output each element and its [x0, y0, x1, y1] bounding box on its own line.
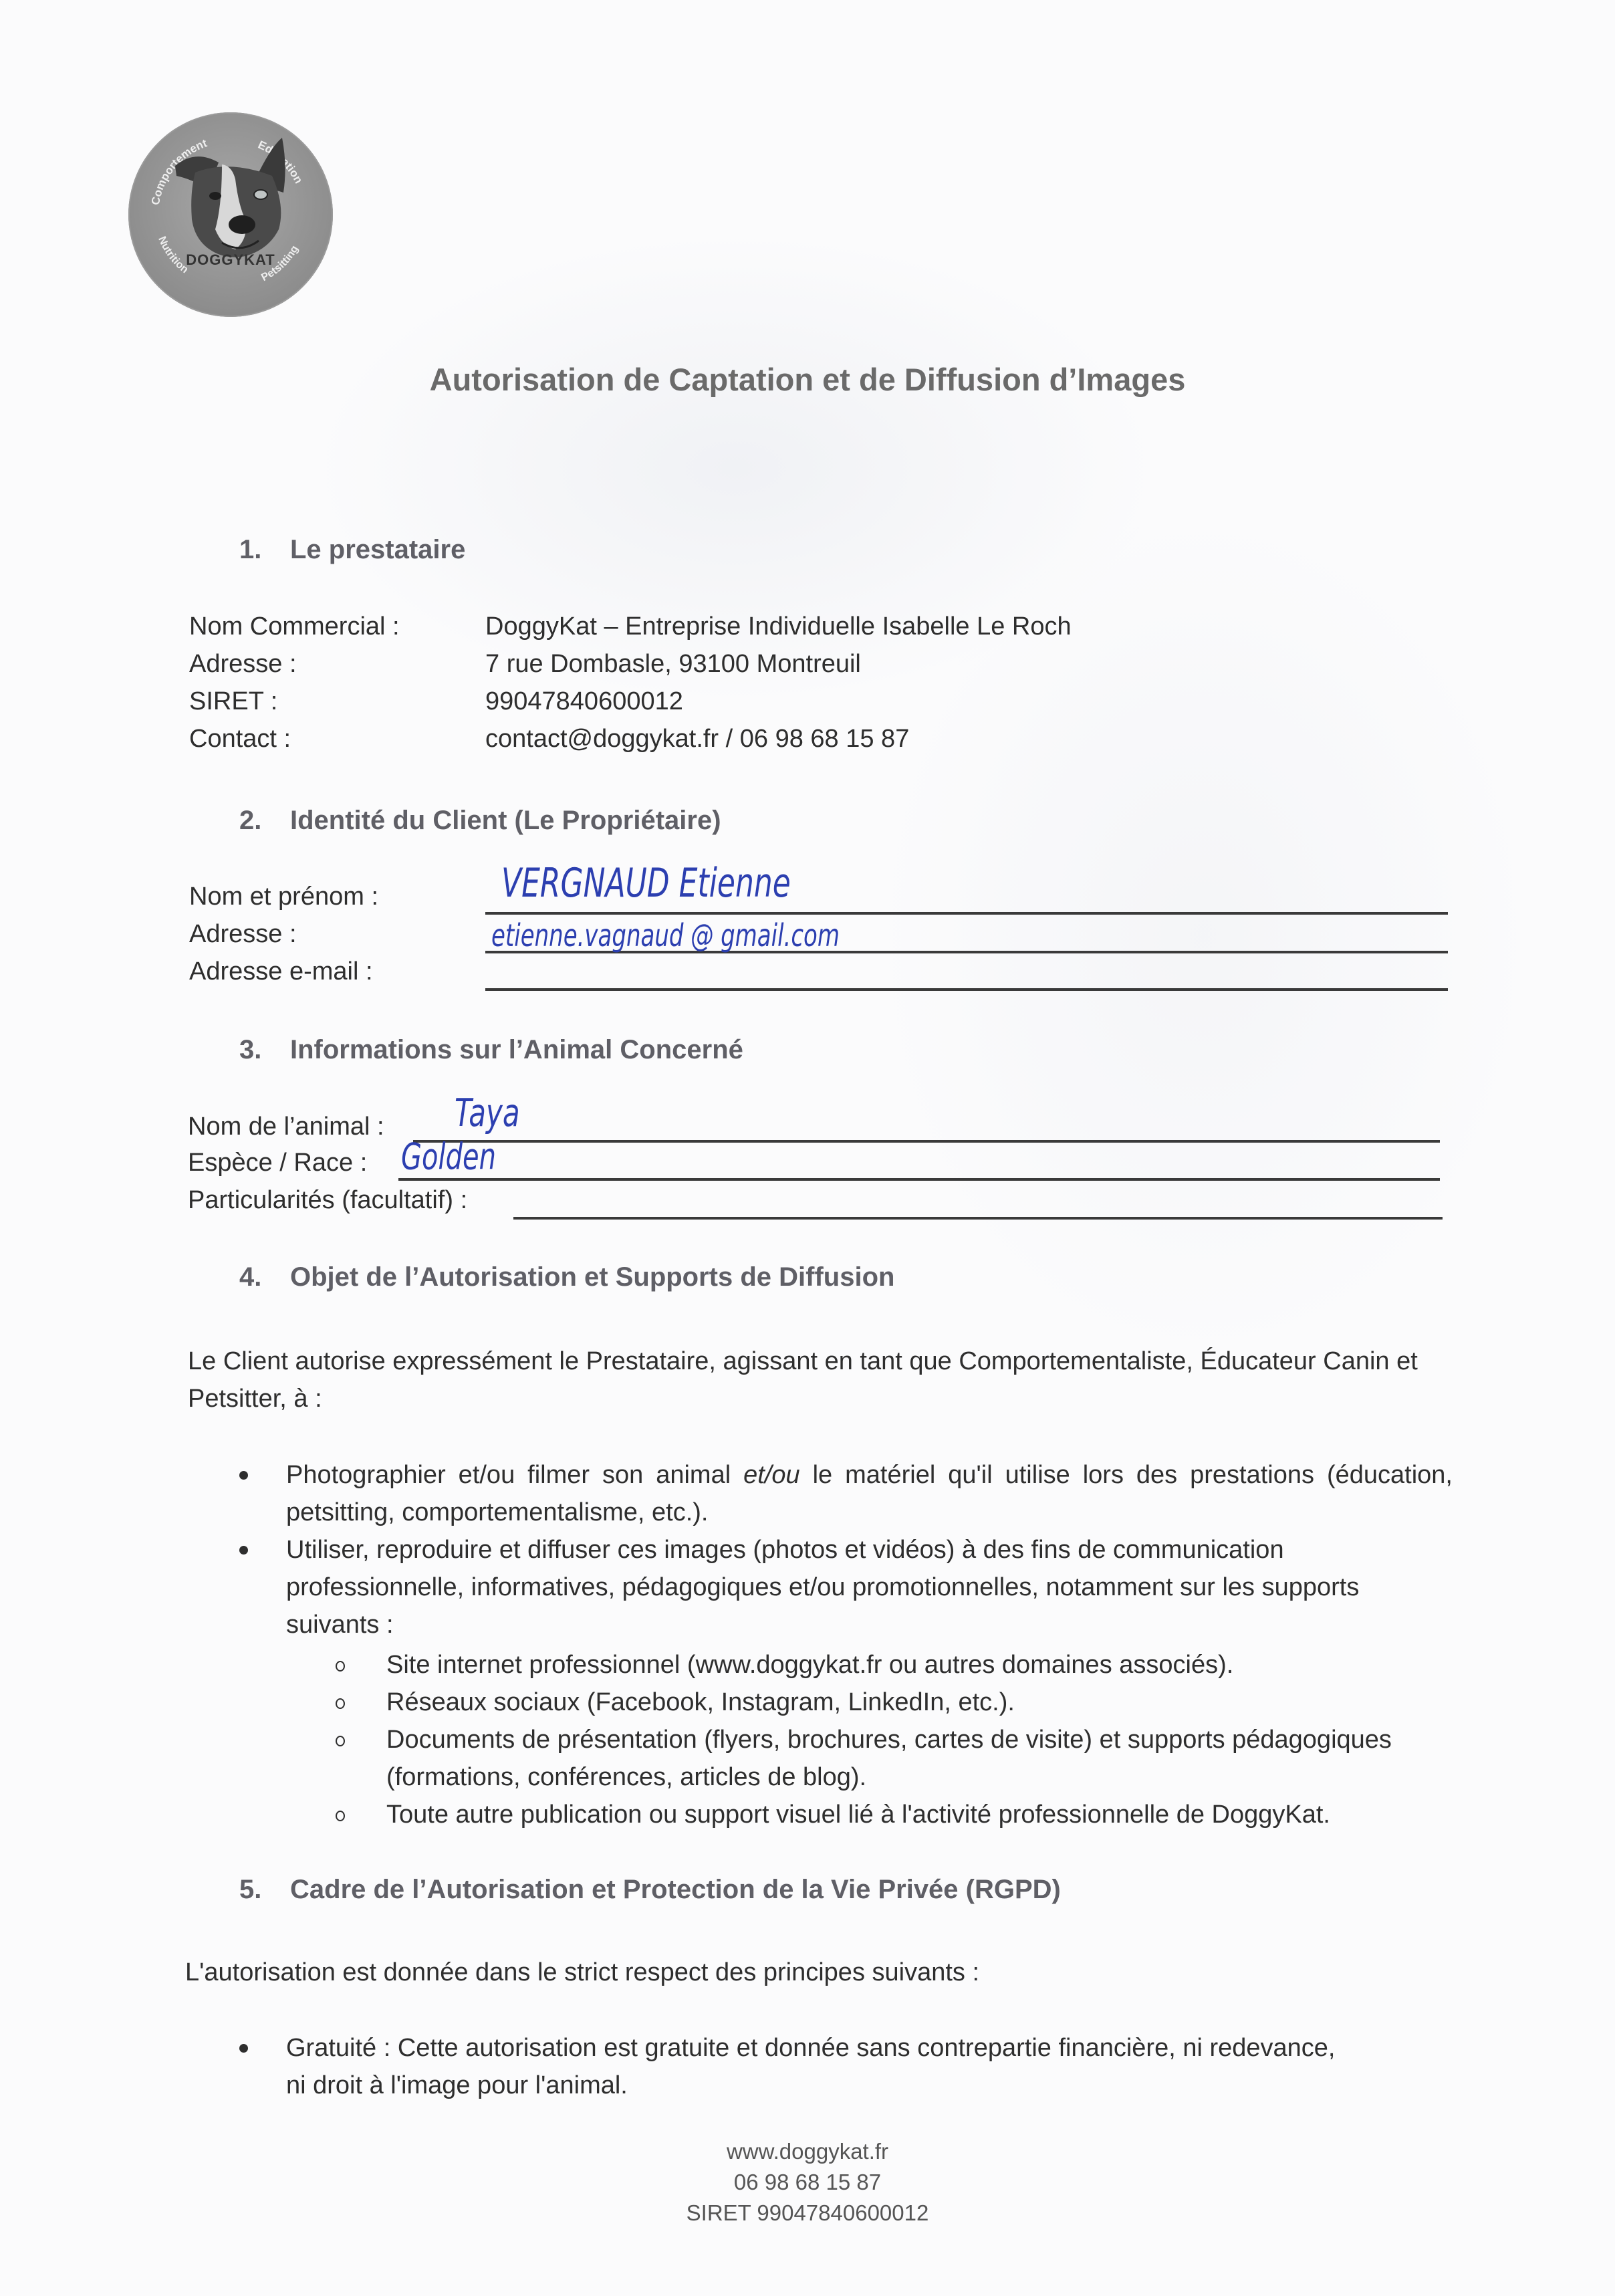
document-title: Autorisation de Captation et de Diffusio…	[0, 361, 1615, 398]
section-4-heading: 4.Objet de l’Autorisation et Supports de…	[239, 1262, 894, 1292]
bullet-use-reproduce: Utiliser, reproduire et diffuser ces ima…	[286, 1531, 1453, 1643]
bullet-gratuite: Gratuité : Cette autorisation est gratui…	[286, 2029, 1356, 2104]
handwritten-client-address: etienne.vagnaud @ gmail.com	[491, 918, 840, 954]
scan-background	[0, 0, 1615, 2296]
label-siret: SIRET :	[189, 687, 277, 716]
species-breed-field[interactable]	[398, 1178, 1440, 1181]
section-2-heading: 2.Identité du Client (Le Propriétaire)	[239, 806, 721, 836]
sub-bullet-social: Réseaux sociaux (Facebook, Instagram, Li…	[386, 1684, 1456, 1721]
label-adresse: Adresse :	[189, 650, 297, 679]
page-footer: www.doggykat.fr 06 98 68 15 87 SIRET 990…	[0, 2136, 1615, 2228]
animal-name-field[interactable]	[413, 1140, 1440, 1143]
label-animal-name: Nom de l’animal :	[188, 1113, 384, 1141]
circle-bullet-icon	[336, 1736, 345, 1746]
section-5-intro: L'autorisation est donnée dans le strict…	[185, 1954, 1455, 1991]
circle-bullet-icon	[336, 1811, 345, 1821]
label-client-email: Adresse e-mail :	[189, 957, 373, 986]
logo-brand-text: DOGGYKAT	[128, 251, 333, 269]
sub-bullet-other: Toute autre publication ou support visue…	[386, 1796, 1483, 1833]
handwritten-animal-name: Taya	[455, 1090, 520, 1135]
section-number: 1.	[239, 535, 290, 565]
circle-bullet-icon	[336, 1698, 345, 1709]
bullet-icon	[239, 1471, 248, 1480]
circle-bullet-icon	[336, 1661, 345, 1672]
doggykat-logo: Comportement Education Nutrition Petsitt…	[128, 112, 333, 317]
section-5-heading: 5.Cadre de l’Autorisation et Protection …	[239, 1875, 1061, 1905]
label-client-address: Adresse :	[189, 920, 297, 949]
value-adresse: 7 rue Dombasle, 93100 Montreuil	[485, 650, 861, 679]
particularities-field[interactable]	[513, 1217, 1443, 1220]
handwritten-species-breed: Golden	[401, 1137, 496, 1178]
footer-phone: 06 98 68 15 87	[0, 2167, 1615, 2198]
client-email-field[interactable]	[485, 988, 1448, 991]
sub-bullet-documents: Documents de présentation (flyers, broch…	[386, 1721, 1456, 1796]
label-particularities: Particularités (facultatif) :	[188, 1186, 467, 1215]
bullet-icon	[239, 2044, 248, 2053]
section-3-heading: 3.Informations sur l’Animal Concerné	[239, 1035, 743, 1065]
label-contact: Contact :	[189, 725, 291, 754]
section-1-heading: 1.Le prestataire	[239, 535, 465, 565]
section-4-intro: Le Client autorise expressément le Prest…	[188, 1343, 1458, 1417]
client-name-field[interactable]	[485, 912, 1448, 915]
value-nom-commercial: DoggyKat – Entreprise Individuelle Isabe…	[485, 612, 1072, 641]
footer-website: www.doggykat.fr	[0, 2136, 1615, 2167]
bullet-photograph: Photographier et/ou filmer son animal et…	[286, 1456, 1453, 1531]
label-client-name: Nom et prénom :	[189, 883, 378, 911]
value-contact: contact@doggykat.fr / 06 98 68 15 87	[485, 725, 909, 754]
section-number: 4.	[239, 1262, 290, 1292]
label-nom-commercial: Nom Commercial :	[189, 612, 400, 641]
sub-bullet-website: Site internet professionnel (www.doggyka…	[386, 1646, 1456, 1684]
bullet-icon	[239, 1546, 248, 1555]
dog-head-icon: Comportement Education Nutrition Petsitt…	[128, 112, 333, 317]
value-siret: 99047840600012	[485, 687, 683, 716]
footer-siret: SIRET 99047840600012	[0, 2198, 1615, 2228]
section-number: 2.	[239, 806, 290, 836]
label-species-breed: Espèce / Race :	[188, 1149, 367, 1177]
section-number: 3.	[239, 1035, 290, 1065]
section-number: 5.	[239, 1875, 290, 1905]
handwritten-client-name: VERGNAUD Etienne	[501, 860, 791, 907]
